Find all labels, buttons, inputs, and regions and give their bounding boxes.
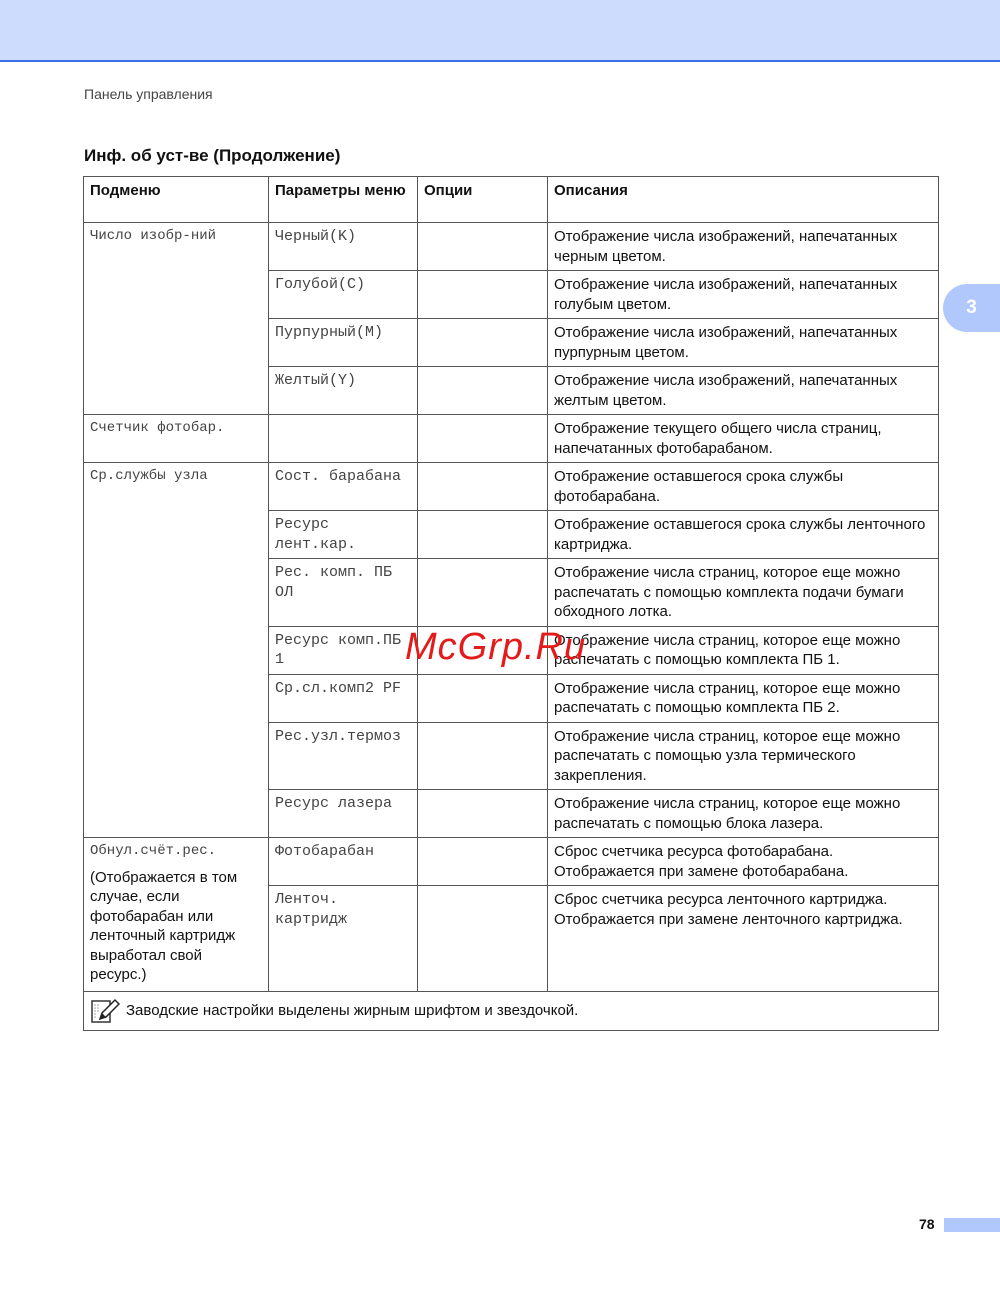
param-cell: [269, 415, 418, 463]
table-header-row: Подменю Параметры меню Опции Описания: [84, 177, 939, 223]
table-row: Ср.службы узлаСост. барабанаОтображение …: [84, 463, 939, 511]
column-header: Опции: [418, 177, 548, 223]
settings-table: Подменю Параметры меню Опции Описания Чи…: [83, 176, 939, 1031]
note-text: Заводские настройки выделены жирным шриф…: [126, 1001, 578, 1021]
note-cell: Заводские настройки выделены жирным шриф…: [84, 992, 939, 1031]
note-pencil-icon: [90, 998, 120, 1024]
table-row: Число изобр-нийЧерный(K)Отображение числ…: [84, 223, 939, 271]
param-cell: Желтый(Y): [269, 367, 418, 415]
param-cell: Ленточ. картридж: [269, 886, 418, 992]
param-cell: Рес. комп. ПБ ОЛ: [269, 559, 418, 627]
submenu-cell: Обнул.счёт.рес.(Отображается в том случа…: [84, 838, 269, 992]
description-cell: Отображение текущего общего числа страни…: [548, 415, 939, 463]
description-cell: Сброс счетчика ресурса фотобарабана. Ото…: [548, 838, 939, 886]
options-cell: [418, 790, 548, 838]
options-cell: [418, 674, 548, 722]
submenu-note: (Отображается в том случае, если фотобар…: [90, 868, 262, 985]
options-cell: [418, 511, 548, 559]
column-header: Описания: [548, 177, 939, 223]
description-cell: Отображение числа страниц, которое еще м…: [548, 722, 939, 790]
description-cell: Отображение числа страниц, которое еще м…: [548, 790, 939, 838]
description-cell: Отображение числа страниц, которое еще м…: [548, 626, 939, 674]
param-cell: Рес.узл.термоз: [269, 722, 418, 790]
note-row: Заводские настройки выделены жирным шриф…: [84, 992, 939, 1031]
submenu-label: Ср.службы узла: [90, 467, 262, 487]
section-title: Инф. об уст-ве (Продолжение): [84, 146, 340, 166]
param-cell: Ср.сл.комп2 PF: [269, 674, 418, 722]
options-cell: [418, 367, 548, 415]
param-cell: Черный(K): [269, 223, 418, 271]
param-cell: Ресурс комп.ПБ 1: [269, 626, 418, 674]
description-cell: Отображение оставшегося срока службы фот…: [548, 463, 939, 511]
options-cell: [418, 463, 548, 511]
column-header: Подменю: [84, 177, 269, 223]
submenu-label: Число изобр-ний: [90, 227, 262, 247]
options-cell: [418, 626, 548, 674]
table-row: Обнул.счёт.рес.(Отображается в том случа…: [84, 838, 939, 886]
table-row: Счетчик фотобар.Отображение текущего общ…: [84, 415, 939, 463]
param-cell: Пурпурный(M): [269, 319, 418, 367]
submenu-cell: Число изобр-ний: [84, 223, 269, 415]
description-cell: Отображение числа страниц, которое еще м…: [548, 559, 939, 627]
param-cell: Фотобарабан: [269, 838, 418, 886]
description-cell: Отображение числа изображений, напечатан…: [548, 271, 939, 319]
options-cell: [418, 559, 548, 627]
submenu-label: Счетчик фотобар.: [90, 419, 262, 439]
submenu-cell: Счетчик фотобар.: [84, 415, 269, 463]
param-cell: Ресурс лазера: [269, 790, 418, 838]
description-cell: Отображение числа изображений, напечатан…: [548, 319, 939, 367]
description-cell: Отображение числа изображений, напечатан…: [548, 367, 939, 415]
options-cell: [418, 223, 548, 271]
options-cell: [418, 271, 548, 319]
page-number: 78: [919, 1216, 935, 1232]
column-header: Параметры меню: [269, 177, 418, 223]
top-band: [0, 0, 1000, 62]
options-cell: [418, 886, 548, 992]
description-cell: Отображение оставшегося срока службы лен…: [548, 511, 939, 559]
options-cell: [418, 415, 548, 463]
page-bar: [944, 1218, 1000, 1232]
description-cell: Сброс счетчика ресурса ленточного картри…: [548, 886, 939, 992]
options-cell: [418, 319, 548, 367]
param-cell: Голубой(C): [269, 271, 418, 319]
submenu-cell: Ср.службы узла: [84, 463, 269, 838]
description-cell: Отображение числа страниц, которое еще м…: [548, 674, 939, 722]
submenu-label: Обнул.счёт.рес.: [90, 842, 262, 862]
description-cell: Отображение числа изображений, напечатан…: [548, 223, 939, 271]
param-cell: Сост. барабана: [269, 463, 418, 511]
running-head: Панель управления: [84, 86, 213, 102]
param-cell: Ресурс лент.кар.: [269, 511, 418, 559]
chapter-tab: 3: [943, 284, 1000, 332]
options-cell: [418, 722, 548, 790]
options-cell: [418, 838, 548, 886]
